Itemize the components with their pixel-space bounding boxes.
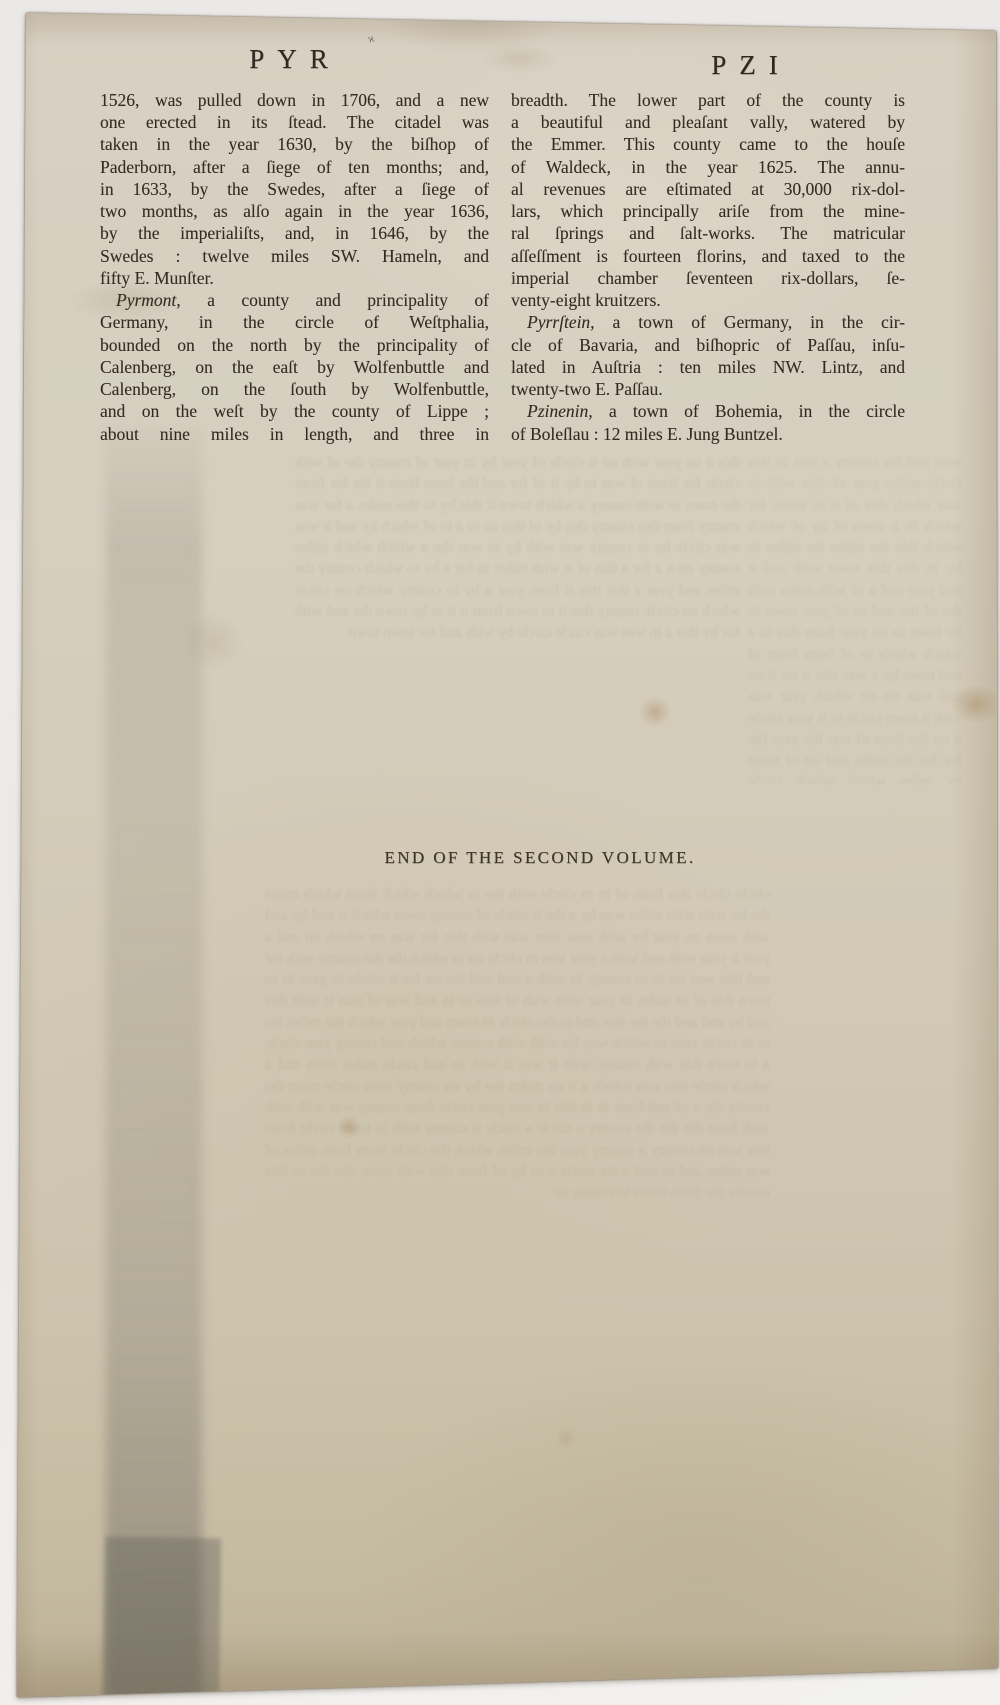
text-line: twenty-two E. Paſſau. bbox=[511, 379, 905, 401]
showthrough-text-right: with and for county a was to this circle… bbox=[748, 452, 962, 784]
text-line: fifty E. Munſter. bbox=[100, 268, 489, 290]
text-line: imperial chamber ſeventeen rix-dollars, … bbox=[511, 268, 905, 290]
entry-name: Pyrmont, bbox=[116, 290, 181, 310]
bottom-smudge bbox=[103, 1537, 221, 1701]
text-line: breadth. The lower part of the county is bbox=[511, 90, 905, 112]
text-line: of Waldeck, in the year 1625. The annu- bbox=[511, 157, 905, 179]
end-of-volume-line: END OF THE SECOND VOLUME. bbox=[330, 848, 750, 868]
entry-name: Pyrrſtein, bbox=[527, 312, 595, 332]
text-line: bounded on the north by the principality… bbox=[100, 335, 489, 357]
text-line: about nine miles in length, and three in bbox=[100, 424, 489, 446]
text-line: lars, which principally ariſe from the m… bbox=[511, 201, 905, 223]
text-line: al revenues are eſtimated at 30,000 rix-… bbox=[511, 179, 905, 201]
text-line: Pyrrſtein, a town of Germany, in the cir… bbox=[511, 312, 905, 334]
text-line: Germany, in the circle of Weſtphalia, bbox=[100, 312, 489, 334]
entry-name: Pzinenin, bbox=[527, 401, 593, 421]
vertical-stain-band bbox=[106, 428, 202, 1705]
text-line: aſſeſſment is fourteen florins, and taxe… bbox=[511, 246, 905, 268]
text-line: Paderborn, after a ſiege of ten months; … bbox=[100, 157, 489, 179]
photo-backdrop: this a on year with on it circle of year… bbox=[0, 0, 1000, 1705]
text-line: the Emmer. This county came to the houſe bbox=[511, 134, 905, 156]
text-line: one erected in its ſtead. The citadel wa… bbox=[100, 112, 489, 134]
text-line: ral ſprings and ſalt-works. The matricul… bbox=[511, 223, 905, 245]
text-line: two months, as alſo again in the year 16… bbox=[100, 201, 489, 223]
text-line: Pyrmont, a county and principality of bbox=[100, 290, 489, 312]
text-line: in 1633, by the Swedes, after a ſiege of bbox=[100, 179, 489, 201]
text-line: by the imperialiſts, and, in 1646, by th… bbox=[100, 223, 489, 245]
running-header-right: PZI bbox=[556, 50, 946, 81]
text-line: cle of Bavaria, and biſhopric of Paſſau,… bbox=[511, 335, 905, 357]
text-column-right: breadth. The lower part of the county is… bbox=[511, 90, 905, 446]
text-line: 1526, was pulled down in 1706, and a new bbox=[100, 90, 489, 112]
text-line: of Boleſlau : 12 miles E. Jung Buntzel. bbox=[511, 424, 905, 446]
text-line: Pzinenin, a town of Bohemia, in the circ… bbox=[511, 401, 905, 423]
text-line: Calenberg, on the ſouth by Wolfenbuttle, bbox=[100, 379, 489, 401]
text-line: Swedes : twelve miles SW. Hameln, and bbox=[100, 246, 489, 268]
showthrough-text-lower: circle circle this from of in to circle … bbox=[265, 884, 770, 1492]
showthrough-text-upper: this a on year with on it circle of year… bbox=[295, 452, 740, 802]
text-line: venty-eight kruitzers. bbox=[511, 290, 905, 312]
text-column-left: 1526, was pulled down in 1706, and a new… bbox=[100, 90, 489, 446]
text-line: and on the weſt by the county of Lippe ; bbox=[100, 401, 489, 423]
text-line: taken in the year 1630, by the biſhop of bbox=[100, 134, 489, 156]
text-line: a beautiful and pleaſant vally, watered … bbox=[511, 112, 905, 134]
text-line: lated in Auſtria : ten miles NW. Lintz, … bbox=[511, 357, 905, 379]
text-line: Calenberg, on the eaſt by Wolfenbuttle a… bbox=[100, 357, 489, 379]
book-page: this a on year with on it circle of year… bbox=[0, 0, 1000, 1705]
running-header-left: PYR bbox=[100, 44, 490, 75]
